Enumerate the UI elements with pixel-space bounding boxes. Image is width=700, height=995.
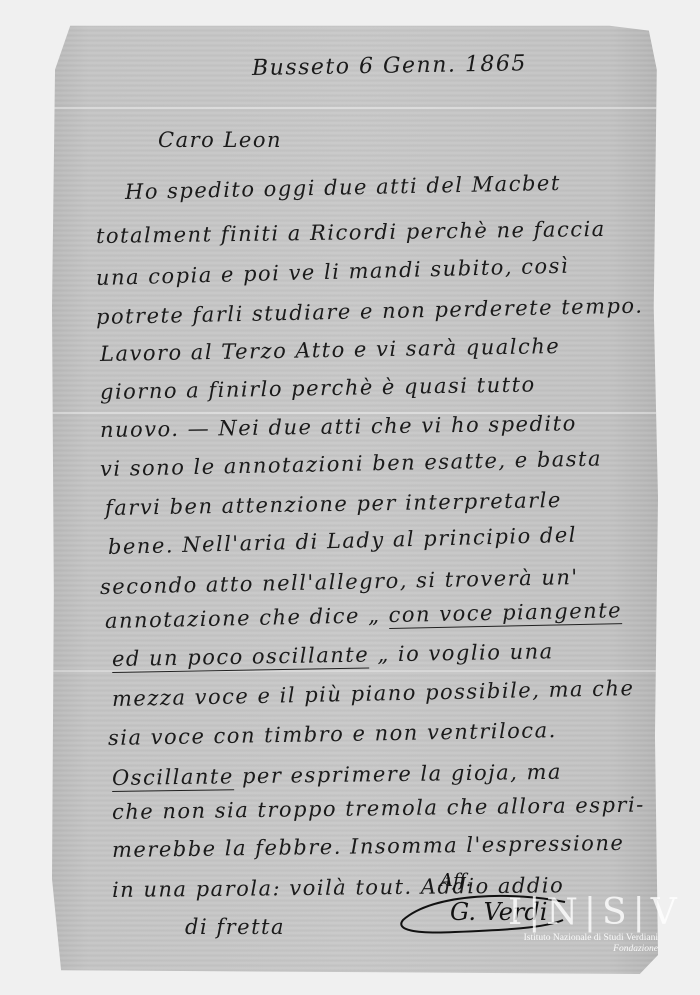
signature-pre: Aff. xyxy=(440,870,471,891)
line-continuation: per esprimere la gioja, ma xyxy=(234,760,562,789)
underlined-phrase: Oscillante xyxy=(112,764,234,792)
watermark-institution: Istituto Nazionale di Studi Verdiani xyxy=(508,933,658,944)
watermark-logo: I|N|S|V xyxy=(508,893,658,933)
underlined-phrase: con voce piangente xyxy=(388,598,622,629)
letter-salutation: Caro Leon xyxy=(158,128,282,152)
letter-date-line: Busseto 6 Genn. 1865 xyxy=(252,51,527,81)
institution-watermark: I|N|S|V Istituto Nazionale di Studi Verd… xyxy=(508,893,658,955)
watermark-subtitle: Fondazione xyxy=(508,944,658,955)
underlined-phrase: ed un poco oscillante xyxy=(112,643,370,673)
scan-canvas: Busseto 6 Genn. 1865 Caro Leon Ho spedit… xyxy=(0,0,700,995)
annotation-quote-outro: „ io voglio una xyxy=(369,639,554,666)
letter-body-line: di fretta xyxy=(185,915,285,939)
paper-fold-line xyxy=(52,107,658,109)
